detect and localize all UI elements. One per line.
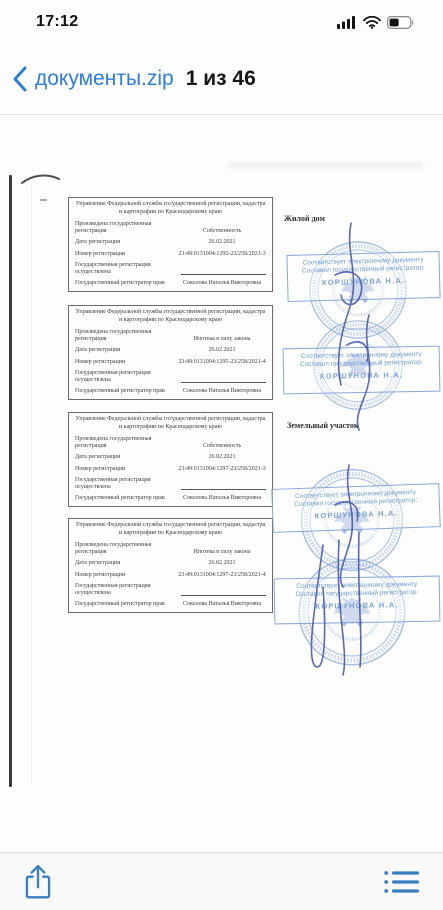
authority-header: Управление Федеральной службы государств…: [75, 309, 266, 324]
object-label-house: Жилой дом: [284, 214, 325, 223]
authority-header: Управление Федеральной службы государств…: [75, 416, 266, 431]
registration-stamp-box: Управление Федеральной службы государств…: [68, 197, 273, 292]
field-value: Ипотека в силу закона: [178, 549, 266, 556]
field-label: Номер регистрации: [75, 572, 178, 579]
field-value: 26.02.2021: [178, 239, 266, 246]
verification-stamp: Соответствует электронному документу Сос…: [283, 346, 441, 395]
field-label: Государственная регистрация осуществлена: [75, 477, 178, 490]
stamp-registrar-name: КОРШУНОВА Н.А.: [288, 275, 439, 289]
list-icon: [383, 868, 421, 896]
blank-line: [181, 484, 266, 490]
field-value: 26.02.2021: [178, 454, 266, 461]
clock: 17:12: [36, 13, 78, 31]
field-label: Номер регистрации: [75, 251, 178, 258]
registration-stamp-box: Управление Федеральной службы государств…: [68, 305, 273, 400]
pen-tick-mark: [40, 199, 47, 201]
pen-stroke-mark: [20, 170, 62, 188]
blank-line: [181, 269, 266, 275]
field-label: Дата регистрации: [75, 560, 178, 567]
registration-stamp-box: Управление Федеральной службы государств…: [68, 412, 273, 507]
cell-signal-icon: [337, 16, 357, 29]
navigation-bar: документы.zip 1 из 46: [0, 44, 443, 115]
field-value: 23:49:0131004:1297-23/258/2021-3: [178, 466, 266, 473]
registration-stamp-box: Управление Федеральной службы государств…: [68, 518, 273, 613]
battery-icon: [387, 16, 415, 29]
scan-page-edge: [9, 175, 12, 787]
field-label: Дата регистрации: [75, 347, 178, 354]
field-value: Ипотека в силу закона: [178, 336, 266, 343]
field-value: 23:49:0131004:1295-23/258/2021-4: [178, 359, 266, 366]
field-value: Собственность: [178, 228, 266, 235]
document-viewer-screen: 17:12: [0, 0, 443, 910]
field-value: 26.02.2021: [178, 560, 266, 567]
verification-stamp: Соответствует электронному документу Сос…: [271, 483, 440, 533]
field-value: Собственность: [178, 443, 266, 450]
authority-header: Управление Федеральной службы государств…: [75, 522, 266, 537]
stamp-registrar-name: КОРШУНОВА Н.А.: [284, 370, 439, 382]
field-label: Произведена государственная регистрация: [75, 542, 178, 555]
field-label: Дата регистрации: [75, 239, 178, 246]
page-indicator: 1 из 46: [186, 67, 256, 91]
thumbnails-list-button[interactable]: [381, 866, 423, 898]
field-value: 23:49:0131004:1297-23/258/2021-4: [178, 572, 266, 579]
field-label: Номер регистрации: [75, 466, 178, 473]
scan-fold-line: [31, 185, 32, 785]
bottom-toolbar: [0, 852, 443, 910]
object-label-land: Земельный участок: [287, 421, 358, 430]
field-value: 23:49:0131004:1295-23/258/2021-3: [178, 251, 266, 258]
share-icon: [22, 863, 54, 901]
share-button[interactable]: [20, 861, 56, 903]
field-value: Соколова Наталья Викторовна: [178, 601, 266, 608]
field-label: Произведена государственная регистрация: [75, 221, 178, 234]
back-label: документы.zip: [35, 67, 174, 91]
chevron-left-icon: [12, 65, 28, 93]
blank-line: [181, 377, 266, 383]
field-label: Государственная регистрация осуществлена: [75, 370, 178, 383]
scan-smudge: [228, 163, 423, 167]
field-label: Государственный регистратор прав: [75, 601, 178, 608]
field-label: Дата регистрации: [75, 454, 178, 461]
field-label: Государственный регистратор прав: [75, 280, 178, 287]
status-bar: 17:12: [0, 0, 443, 44]
field-value: Соколова Наталья Викторовна: [178, 280, 266, 287]
stamp-registrar-name: КОРШУНОВА Н.А.: [275, 599, 439, 612]
document-preview[interactable]: Управление Федеральной службы государств…: [0, 115, 443, 852]
wifi-icon: [363, 16, 381, 29]
verification-stamp: Соответствует электронному документу Сос…: [274, 576, 441, 625]
field-label: Государственная регистрация осуществлена: [75, 583, 178, 596]
field-label: Государственная регистрация осуществлена: [75, 262, 178, 275]
field-label: Произведена государственная регистрация: [75, 436, 178, 449]
stamp-line: Составил государственный регистратор:: [275, 589, 439, 600]
authority-header: Управление Федеральной службы государств…: [75, 201, 266, 216]
field-label: Государственный регистратор прав: [75, 495, 178, 502]
stamp-line: Составил государственный регистратор:: [284, 359, 439, 370]
back-button[interactable]: документы.zip: [12, 65, 174, 93]
field-label: Произведена государственная регистрация: [75, 329, 178, 342]
blank-line: [181, 590, 266, 596]
field-label: Государственный регистратор прав: [75, 388, 178, 395]
status-icons: [337, 16, 415, 29]
field-value: 26.02.2021: [178, 347, 266, 354]
field-value: Соколова Наталья Викторовна: [178, 388, 266, 395]
field-label: Номер регистрации: [75, 359, 178, 366]
verification-stamp: Соответствует электронному документу Сос…: [286, 251, 440, 302]
field-value: Соколова Наталья Викторовна: [178, 495, 266, 502]
